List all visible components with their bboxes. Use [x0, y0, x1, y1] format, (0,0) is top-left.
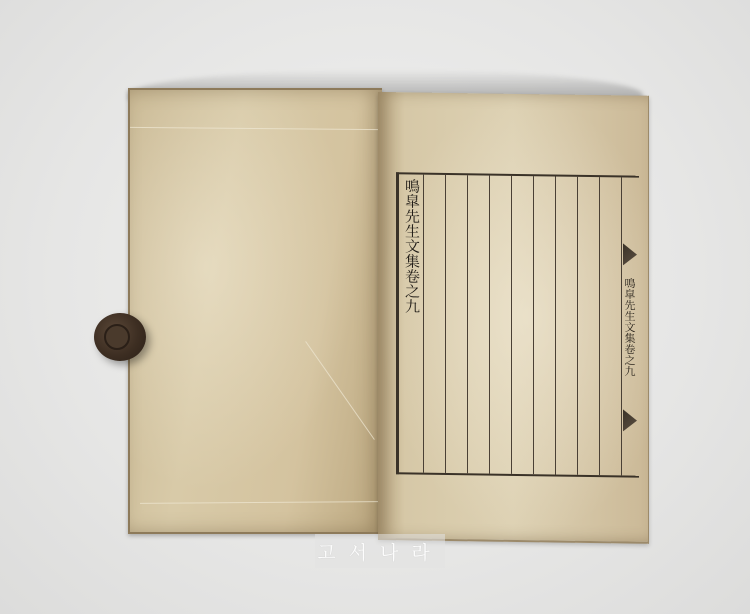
brass-weight [94, 313, 146, 361]
column-rule [445, 175, 446, 473]
column-rule [533, 176, 534, 474]
weight-top [104, 324, 130, 350]
column-rule [511, 176, 512, 474]
paper-crease [130, 127, 380, 130]
column-rule [489, 176, 490, 474]
fish-tail-mark-bottom [623, 409, 637, 431]
edge-title: 鳴皐先生文集卷之九 [623, 277, 637, 376]
column-rule [599, 177, 600, 475]
column-rule [467, 175, 468, 473]
photo-scene: 鳴皐先生文集卷之九 鳴皐先生文集卷之九 고서나라 [0, 0, 750, 614]
paper-crease [140, 501, 380, 504]
left-page-blank [128, 88, 382, 534]
fish-tail-mark-top [623, 243, 637, 265]
paper-crease [305, 341, 375, 440]
watermark: 고서나라 [315, 534, 445, 568]
column-rule [555, 176, 556, 474]
printed-frame: 鳴皐先生文集卷之九 鳴皐先生文集卷之九 [396, 172, 639, 477]
right-page-printed: 鳴皐先生文集卷之九 鳴皐先生文集卷之九 [378, 92, 649, 544]
column-rule [577, 177, 578, 475]
column-rule [423, 175, 424, 473]
volume-title: 鳴皐先生文集卷之九 [402, 178, 422, 313]
